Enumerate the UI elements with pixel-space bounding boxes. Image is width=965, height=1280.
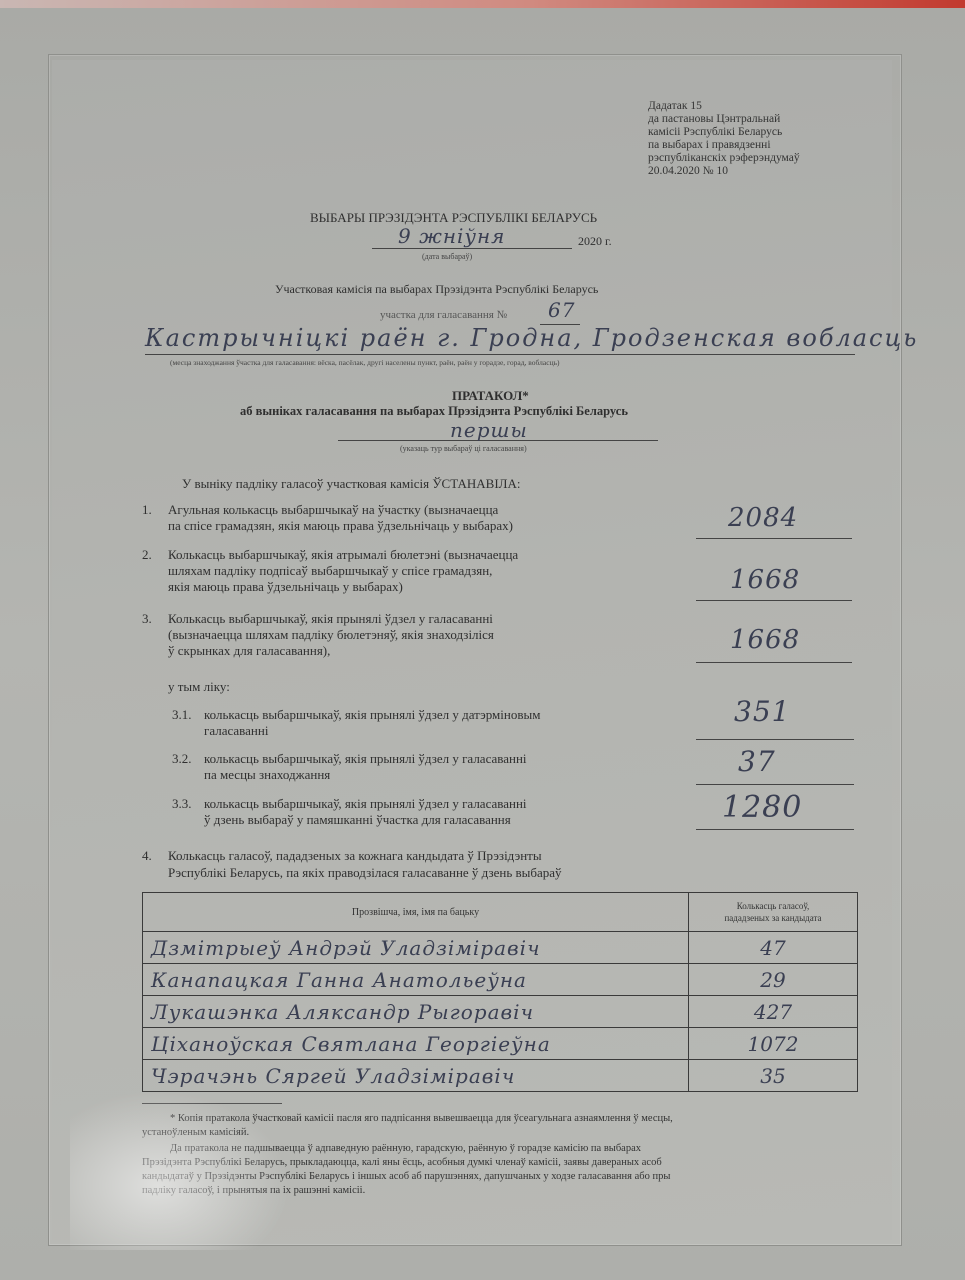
candidate-votes: 427 [689, 996, 858, 1028]
participated-value: 1668 [730, 625, 800, 655]
item-number: 4. [142, 848, 152, 864]
ballots-received-value: 1668 [730, 565, 800, 595]
round-handwritten: першы [450, 418, 528, 442]
location-caption: (месца знаходжання ўчастка для галасаван… [170, 358, 560, 367]
item-number: 2. [142, 547, 152, 563]
annex-line: да пастановы Цэнтральнай [648, 113, 800, 126]
annex-line: Дадатак 15 [648, 100, 800, 113]
established-intro: У выніку падліку галасоў участковая камі… [182, 476, 520, 492]
subitem-number: 3.1. [172, 707, 192, 723]
home-voting-value: 37 [738, 745, 776, 778]
election-date: 9 жніўня [398, 224, 505, 248]
candidate-name: Дзмітрыеў Андрэй Уладзіміравіч [143, 932, 689, 964]
including-label: у тым ліку: [168, 679, 230, 695]
candidate-name: Лукашэнка Аляксандр Рыгоравіч [143, 996, 689, 1028]
candidates-table: Прозвішча, імя, імя па бацьку Колькасць … [142, 892, 858, 1092]
subitem-text: па месцы знаходжання [204, 767, 330, 783]
annex-line: па выбарах і правядзенні [648, 139, 800, 152]
column-header-votes-line: пададзеных за кандыдата [690, 912, 856, 924]
protocol-title: ПРАТАКОЛ* [452, 388, 529, 404]
value-underline [696, 600, 852, 601]
date-underline [372, 248, 572, 249]
item-text: ў скрынках для галасавання), [168, 643, 330, 659]
candidate-votes: 35 [689, 1060, 858, 1092]
annex-note: Дадатак 15 да пастановы Цэнтральнай камі… [648, 100, 800, 178]
item-text: Агульная колькасць выбаршчыкаў на ўчастк… [168, 502, 498, 518]
subitem-text: колькасць выбаршчыкаў, якія прынялі ўдзе… [204, 796, 527, 812]
date-caption: (дата выбараў) [422, 252, 472, 261]
value-underline [696, 662, 852, 663]
table-row: Чэрачэнь Сяргей Уладзіміравіч 35 [143, 1060, 858, 1092]
candidate-votes: 47 [689, 932, 858, 964]
table-row: Лукашэнка Аляксандр Рыгоравіч 427 [143, 996, 858, 1028]
sleeve-glare [70, 1090, 290, 1250]
round-caption: (указаць тур выбараў ці галасавання) [400, 444, 527, 453]
precinct-number: 67 [548, 298, 575, 322]
total-voters-value: 2084 [728, 503, 798, 533]
candidate-votes: 29 [689, 964, 858, 996]
item-text: Рэспублікі Беларусь, па якіх праводзілас… [168, 865, 562, 881]
protocol-subtitle: аб выніках галасавання па выбарах Прэзід… [240, 404, 628, 419]
table-row: Канапацкая Ганна Анатольеўна 29 [143, 964, 858, 996]
item-text: па спісе грамадзян, якія маюць права ўдз… [168, 518, 513, 534]
subitem-text: колькасць выбаршчыкаў, якія прынялі ўдзе… [204, 707, 540, 723]
subitem-text: колькасць выбаршчыкаў, якія прынялі ўдзе… [204, 751, 527, 767]
candidate-name: Ціханоўская Святлана Георгіеўна [143, 1028, 689, 1060]
column-header-name: Прозвішча, імя, імя па бацьку [143, 893, 689, 932]
subitem-text: галасаванні [204, 723, 268, 739]
item-number: 1. [142, 502, 152, 518]
annex-line: камісіі Рэспублікі Беларусь [648, 126, 800, 139]
table-row: Ціханоўская Святлана Георгіеўна 1072 [143, 1028, 858, 1060]
item-text: шляхам падліку подпісаў выбаршчыкаў у сп… [168, 563, 492, 579]
election-year: 2020 г. [578, 234, 612, 249]
value-underline [696, 538, 852, 539]
candidate-name: Канапацкая Ганна Анатольеўна [143, 964, 689, 996]
subitem-text: ў дзень выбараў у памяшканні ўчастка для… [204, 812, 511, 828]
subitem-number: 3.3. [172, 796, 192, 812]
table-row: Дзмітрыеў Андрэй Уладзіміравіч 47 [143, 932, 858, 964]
candidate-name: Чэрачэнь Сяргей Уладзіміравіч [143, 1060, 689, 1092]
location-handwritten: Кастрычніцкі раён г. Гродна, Гродзенская… [145, 324, 918, 352]
precinct-label: участка для галасавання № [380, 309, 507, 321]
annex-line: рэспубліканскіх рэферэндумаў [648, 152, 800, 165]
column-header-votes: Колькасць галасоў, пададзеных за кандыда… [689, 893, 858, 932]
value-underline [696, 739, 854, 740]
candidate-votes: 1072 [689, 1028, 858, 1060]
item-text: (вызначаецца шляхам падліку бюлетэняў, я… [168, 627, 494, 643]
location-underline [145, 354, 855, 355]
item-text: якія маюць права ўдзельнічаць у выбарах) [168, 579, 403, 595]
column-header-votes-line: Колькасць галасоў, [690, 900, 856, 912]
early-voting-value: 351 [734, 695, 790, 728]
item-text: Колькасць выбаршчыкаў, якія атрымалі бюл… [168, 547, 518, 563]
annex-line: 20.04.2020 № 10 [648, 165, 800, 178]
item-number: 3. [142, 611, 152, 627]
value-underline [696, 784, 854, 785]
commission-name: Участковая камісія па выбарах Прэзідэнта… [275, 282, 598, 297]
election-day-value: 1280 [722, 790, 802, 825]
item-text: Колькасць галасоў, пададзеных за кожнага… [168, 848, 542, 864]
value-underline [696, 829, 854, 830]
subitem-number: 3.2. [172, 751, 192, 767]
red-background-strip [0, 0, 965, 8]
item-text: Колькасць выбаршчыкаў, якія прынялі ўдзе… [168, 611, 493, 627]
